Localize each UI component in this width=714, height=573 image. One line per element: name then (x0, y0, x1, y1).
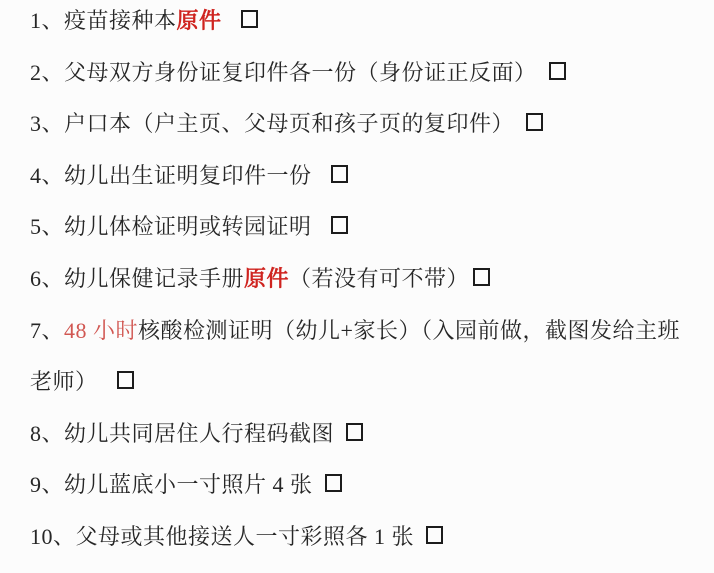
checklist-item: 3、户口本（户主页、父母页和孩子页的复印件） (30, 98, 700, 150)
checkbox-icon (117, 371, 134, 389)
checkbox-icon (331, 165, 348, 183)
checkbox-icon (526, 113, 543, 131)
checkbox-icon (346, 423, 363, 441)
item-text: 8、幼儿共同居住人行程码截图 (30, 421, 334, 446)
item-text: 4、幼儿出生证明复印件一份 (30, 163, 312, 188)
checklist-item: 7、48 小时核酸检测证明（幼儿+家长）（入园前做，截图发给主班老师） (30, 305, 700, 408)
checkbox-icon (549, 62, 566, 80)
checklist-item: 10、父母或其他接送人一寸彩照各 1 张 (30, 511, 700, 563)
item-text: 6、幼儿保健记录手册 (30, 266, 244, 291)
checklist-item: 4、幼儿出生证明复印件一份 (30, 150, 700, 202)
item-text: 9、幼儿蓝底小一寸照片 4 张 (30, 472, 313, 497)
checklist-item: 9、幼儿蓝底小一寸照片 4 张 (30, 459, 700, 511)
item-text-red-bold: 原件 (177, 8, 222, 33)
checklist: 1、疫苗接种本原件2、父母双方身份证复印件各一份（身份证正反面）3、户口本（户主… (30, 0, 700, 563)
item-text: （若没有可不带） (289, 266, 469, 291)
checklist-item: 8、幼儿共同居住人行程码截图 (30, 408, 700, 460)
checkbox-icon (325, 474, 342, 492)
item-text: 7、 (30, 318, 64, 343)
document-page: 1、疫苗接种本原件2、父母双方身份证复印件各一份（身份证正反面）3、户口本（户主… (0, 0, 714, 568)
item-text: 2、父母双方身份证复印件各一份（身份证正反面） (30, 60, 537, 85)
checkbox-icon (331, 216, 348, 234)
checkbox-icon (426, 526, 443, 544)
item-text: 老师） (30, 369, 98, 394)
item-text: 10、父母或其他接送人一寸彩照各 1 张 (30, 524, 414, 549)
item-text-red: 48 小时 (64, 318, 138, 343)
item-text-red-bold: 原件 (244, 266, 289, 291)
item-text: 1、疫苗接种本 (30, 8, 177, 33)
item-text: 5、幼儿体检证明或转园证明 (30, 214, 312, 239)
item-text: 3、户口本（户主页、父母页和孩子页的复印件） (30, 111, 514, 136)
checkbox-icon (473, 268, 490, 286)
item-text: 核酸检测证明（幼儿+家长）（入园前做，截图发给主班 (138, 318, 680, 343)
checklist-item: 1、疫苗接种本原件 (30, 0, 700, 47)
checklist-item: 2、父母双方身份证复印件各一份（身份证正反面） (30, 47, 700, 99)
checklist-item: 5、幼儿体检证明或转园证明 (30, 201, 700, 253)
checklist-item: 6、幼儿保健记录手册原件（若没有可不带） (30, 253, 700, 305)
checkbox-icon (241, 10, 258, 28)
